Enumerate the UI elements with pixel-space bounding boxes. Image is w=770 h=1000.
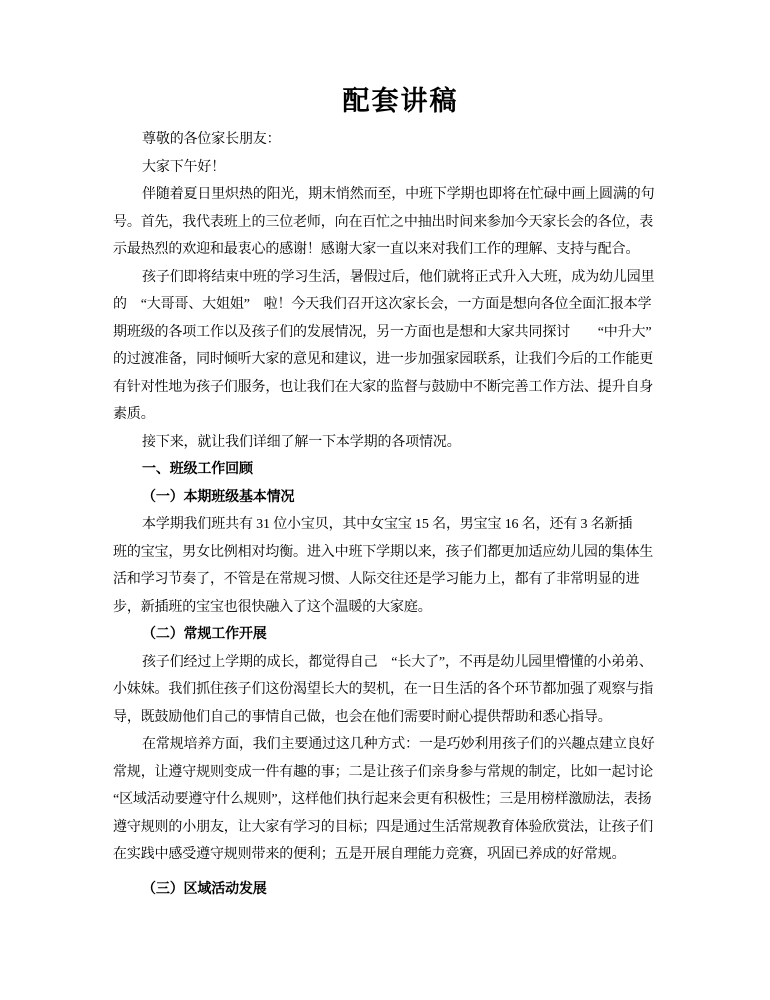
text-line: 大家下午好！: [113, 154, 658, 182]
text-line: 班的宝宝，男女比例相对均衡。进入中班下学期以来，孩子们都更加适应幼儿园的集体生: [113, 539, 658, 567]
document-body: 尊敬的各位家长朋友：大家下午好！伴随着夏日里炽热的阳光，期末悄然而至，中班下学期…: [113, 126, 658, 903]
text-line: 在实践中感受遵守规则带来的便利；五是开展自理能力竞赛，巩固已养成的好常规。: [113, 841, 658, 869]
text-line: 尊敬的各位家长朋友：: [113, 126, 658, 154]
text-line: 导，既鼓励他们自己的事情自己做，也会在他们需要时耐心提供帮助和悉心指导。: [113, 704, 658, 732]
text-line: 常规，让遵守规则变成一件有趣的事；二是让孩子们亲身参与常规的制定，比如一起讨论: [113, 759, 658, 787]
text-line: 期班级的各项工作以及孩子们的发展情况，另一方面也是想和大家共同探讨 “中升大”: [113, 319, 658, 347]
text-line: 有针对性地为孩子们服务，也让我们在大家的监督与鼓励中不断完善工作方法、提升自身: [113, 374, 658, 402]
text-line: 活和学习节奏了，不管是在常规习惯、人际交往还是学习能力上，都有了非常明显的进: [113, 566, 658, 594]
text-line: 在常规培养方面，我们主要通过这几种方式：一是巧妙利用孩子们的兴趣点建立良好: [113, 731, 658, 759]
text-line: 孩子们即将结束中班的学习生活，暑假过后，他们就将正式升入大班，成为幼儿园里: [113, 264, 658, 292]
heading-line: （二）常规工作开展: [113, 621, 658, 649]
text-line: 的 “大哥哥、大姐姐” 啦！今天我们召开这次家长会，一方面是想向各位全面汇报本学: [113, 291, 658, 319]
document-page: 配套讲稿 尊敬的各位家长朋友：大家下午好！伴随着夏日里炽热的阳光，期末悄然而至，…: [0, 0, 770, 1000]
text-line: 孩子们经过上学期的成长，都觉得自己 “长大了”，不再是幼儿园里懵懂的小弟弟、: [113, 649, 658, 677]
text-line: 遵守规则的小朋友，让大家有学习的目标；四是通过生活常规教育体验欣赏法，让孩子们: [113, 814, 658, 842]
text-line: 小妹妹。我们抓住孩子们这份渴望长大的契机，在一日生活的各个环节都加强了观察与指: [113, 676, 658, 704]
text-line: 伴随着夏日里炽热的阳光，期末悄然而至，中班下学期也即将在忙碌中画上圆满的句: [113, 181, 658, 209]
heading-line: （三）区域活动发展: [113, 876, 658, 904]
text-line: 步，新插班的宝宝也很快融入了这个温暖的大家庭。: [113, 594, 658, 622]
heading-line: 一、班级工作回顾: [113, 456, 658, 484]
text-line: 本学期我们班共有 31 位小宝贝，其中女宝宝 15 名，男宝宝 16 名，还有 …: [113, 511, 658, 539]
text-line: 接下来，就让我们详细了解一下本学期的各项情况。: [113, 429, 658, 457]
heading-line: （一）本期班级基本情况: [113, 484, 658, 512]
text-line: 的过渡准备，同时倾听大家的意见和建议，进一步加强家园联系，让我们今后的工作能更: [113, 346, 658, 374]
text-line: “区域活动要遵守什么规则”，这样他们执行起来会更有积极性；三是用榜样激励法，表扬: [113, 786, 658, 814]
document-title: 配套讲稿: [143, 84, 658, 118]
text-line: 号。首先，我代表班上的三位老师，向在百忙之中抽出时间来参加今天家长会的各位，表: [113, 209, 658, 237]
text-line: 示最热烈的欢迎和最衷心的感谢！感谢大家一直以来对我们工作的理解、支持与配合。: [113, 236, 658, 264]
text-line: 素质。: [113, 401, 658, 429]
